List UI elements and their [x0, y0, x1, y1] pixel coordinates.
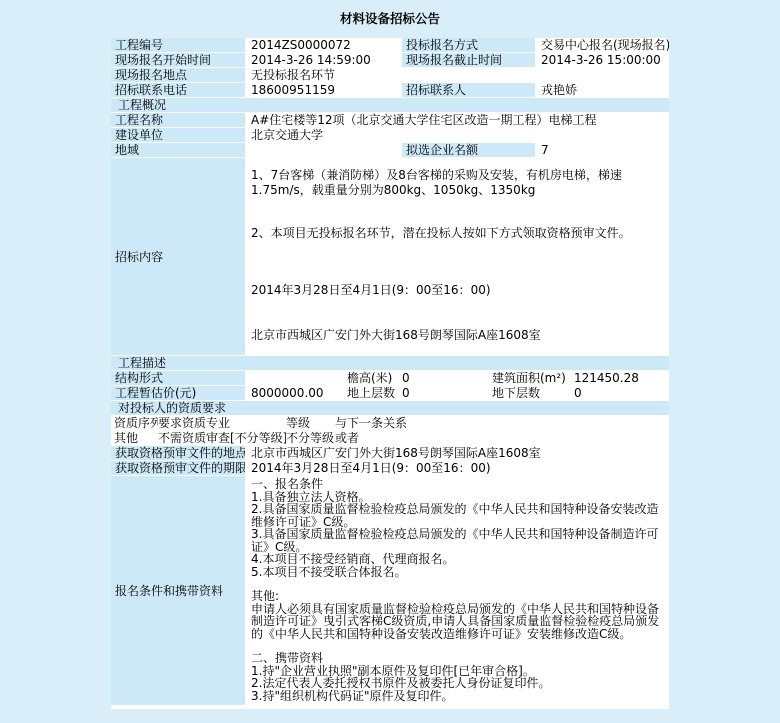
project-no-label: 工程编号	[111, 38, 245, 52]
contact-phone-value: 18600951159	[245, 83, 402, 97]
onsite-start-value: 2014-3-26 14:59:00	[245, 53, 402, 67]
registration-other-text: 申请人必须具有国家质量监督检验检疫总局颁发的《中华人民共和国特种设备制造许可证》…	[251, 603, 665, 641]
quota-value: 7	[535, 143, 669, 157]
table-row: 结构形式 檐高(米) 0 建筑面积(m²) 121450.28	[111, 371, 669, 385]
eave-height-label: 檐高(米)	[341, 371, 396, 385]
project-name-label: 工程名称	[111, 113, 245, 127]
qual-series-value: 其他	[111, 431, 158, 445]
table-row: 工程暂估价(元) 8000000.00 地上层数 0 地下层数 0	[111, 386, 669, 400]
tender-content-paragraph: 1、7台客梯（兼消防梯）及8台客梯的采购及安装，有机房电梯，梯速1.75m/s，…	[251, 168, 665, 198]
tender-content-paragraph: 2、本项目无投标报名环节，潜在投标人按如下方式领取资格预审文件。	[251, 226, 665, 241]
qual-series-header: 资质序列	[111, 416, 158, 430]
registration-label: 报名条件和携带资料	[111, 476, 245, 705]
region-label: 地域	[111, 143, 245, 157]
quota-label: 拟选企业名额	[402, 143, 535, 157]
table-row: 获取资格预审文件的地点 北京市西城区广安门外大街168号朗琴国际A座1608室	[111, 446, 669, 460]
bid-method-label: 投标报名方式	[402, 38, 535, 52]
spacer	[251, 578, 665, 590]
floors-above-label: 地上层数	[341, 386, 396, 400]
owner-label: 建设单位	[111, 128, 245, 142]
table-row: 招标联系电话 18600951159 招标联系人 戎艳娇	[111, 83, 669, 97]
section-header-description: 工程描述	[111, 356, 669, 370]
floors-below-label: 地下层数	[486, 386, 568, 400]
section-header-qualification: 对投标人的资质要求	[111, 401, 669, 415]
qualification-header-row: 资质序列 要求资质专业 等级 与下一条关系	[111, 416, 669, 430]
eave-height-value: 0	[396, 371, 486, 385]
onsite-end-value: 2014-3-26 15:00:00	[535, 53, 669, 67]
registration-text: 一、报名条件 1.具备独立法人资格。 2.具备国家质量监督检验检疫总局颁发的《中…	[245, 476, 669, 705]
qual-specialty-header: 要求资质专业	[158, 416, 286, 430]
table-row: 现场报名开始时间 2014-3-26 14:59:00 现场报名截止时间 201…	[111, 53, 669, 67]
table-row: 现场报名地点 无投标报名环节	[111, 68, 669, 82]
table-row: 建设单位 北京交通大学	[111, 128, 669, 142]
floors-below-value: 0	[568, 386, 669, 400]
doc-place-label: 获取资格预审文件的地点	[111, 446, 245, 460]
tender-content-paragraph: 2014年3月28日至4月1日(9：00至16：00)	[251, 283, 665, 298]
table-row: 工程编号 2014ZS0000072 投标报名方式 交易中心报名(现场报名)	[111, 38, 669, 52]
bid-method-value: 交易中心报名(现场报名)	[535, 38, 669, 52]
tender-content-text: 1、7台客梯（兼消防梯）及8台客梯的采购及安装，有机房电梯，梯速1.75m/s，…	[245, 158, 669, 355]
page-title: 材料设备招标公告	[0, 0, 780, 25]
section-header-overview: 工程概况	[111, 98, 669, 112]
estimate-value: 8000000.00	[245, 386, 341, 400]
estimate-label: 工程暂估价(元)	[111, 386, 245, 400]
doc-period-label: 获取资格预审文件的期限	[111, 461, 245, 475]
structure-label: 结构形式	[111, 371, 245, 385]
doc-place-value: 北京市西城区广安门外大街168号朗琴国际A座1608室	[245, 446, 669, 460]
tender-content-paragraph: 北京市西城区广安门外大街168号朗琴国际A座1608室	[251, 328, 665, 343]
onsite-end-label: 现场报名截止时间	[402, 53, 535, 67]
registration-section1-title: 一、报名条件	[251, 478, 665, 491]
onsite-place-label: 现场报名地点	[111, 68, 245, 82]
onsite-start-label: 现场报名开始时间	[111, 53, 245, 67]
floors-above-value: 0	[396, 386, 486, 400]
registration-item: 3.具备国家质量监督检验检疫总局颁发的《中华人民共和国特种设备制造许可证》C级。	[251, 528, 665, 553]
contact-person-label: 招标联系人	[402, 83, 535, 97]
qualification-value-row: 其他 不需资质审查[不分等级] 不分等级 或者	[111, 431, 669, 445]
table-row: 地域 拟选企业名额 7	[111, 143, 669, 157]
area-value: 121450.28	[568, 371, 669, 385]
contact-phone-label: 招标联系电话	[111, 83, 245, 97]
structure-value	[245, 371, 341, 385]
announcement-table: 工程编号 2014ZS0000072 投标报名方式 交易中心报名(现场报名) 现…	[111, 38, 669, 709]
owner-value: 北京交通大学	[245, 128, 669, 142]
project-no-value: 2014ZS0000072	[245, 38, 402, 52]
registration-section2-title: 二、携带资料	[251, 652, 665, 665]
announcement-page: 材料设备招标公告 工程编号 2014ZS0000072 投标报名方式 交易中心报…	[0, 0, 780, 709]
registration-item: 3.持"组织机构代码证"原件及复印件。	[251, 690, 665, 703]
doc-period-value: 2014年3月28日至4月1日(9：00至16：00)	[245, 461, 669, 475]
registration-item: 5.本项目不接受联合体报名。	[251, 566, 665, 579]
registration-item: 2.法定代表人委托授权书原件及被委托人身份证复印件。	[251, 677, 665, 690]
region-value	[245, 143, 402, 157]
tender-content-label: 招标内容	[111, 158, 245, 355]
registration-item: 2.具备国家质量监督检验检疫总局颁发的《中华人民共和国特种设备安装改造维修许可证…	[251, 503, 665, 528]
contact-person-value: 戎艳娇	[535, 83, 669, 97]
area-label: 建筑面积(m²)	[486, 371, 568, 385]
project-name-value: A#住宅楼等12项（北京交通大学住宅区改造一期工程）电梯工程	[245, 113, 669, 127]
onsite-place-value: 无投标报名环节	[245, 68, 669, 82]
registration-row: 报名条件和携带资料 一、报名条件 1.具备独立法人资格。 2.具备国家质量监督检…	[111, 476, 669, 705]
qual-grade-header: 等级	[286, 416, 335, 430]
qual-specialty-value: 不需资质审查[不分等级]	[158, 431, 286, 445]
registration-item: 4.本项目不接受经销商、代理商报名。	[251, 553, 665, 566]
table-row: 获取资格预审文件的期限 2014年3月28日至4月1日(9：00至16：00)	[111, 461, 669, 475]
qual-grade-value: 不分等级	[286, 431, 335, 445]
table-row: 工程名称 A#住宅楼等12项（北京交通大学住宅区改造一期工程）电梯工程	[111, 113, 669, 127]
qual-relation-value: 或者	[335, 431, 669, 445]
registration-other-title: 其他:	[251, 590, 665, 603]
tender-content-row: 招标内容 1、7台客梯（兼消防梯）及8台客梯的采购及安装，有机房电梯，梯速1.7…	[111, 158, 669, 355]
qual-relation-header: 与下一条关系	[335, 416, 669, 430]
